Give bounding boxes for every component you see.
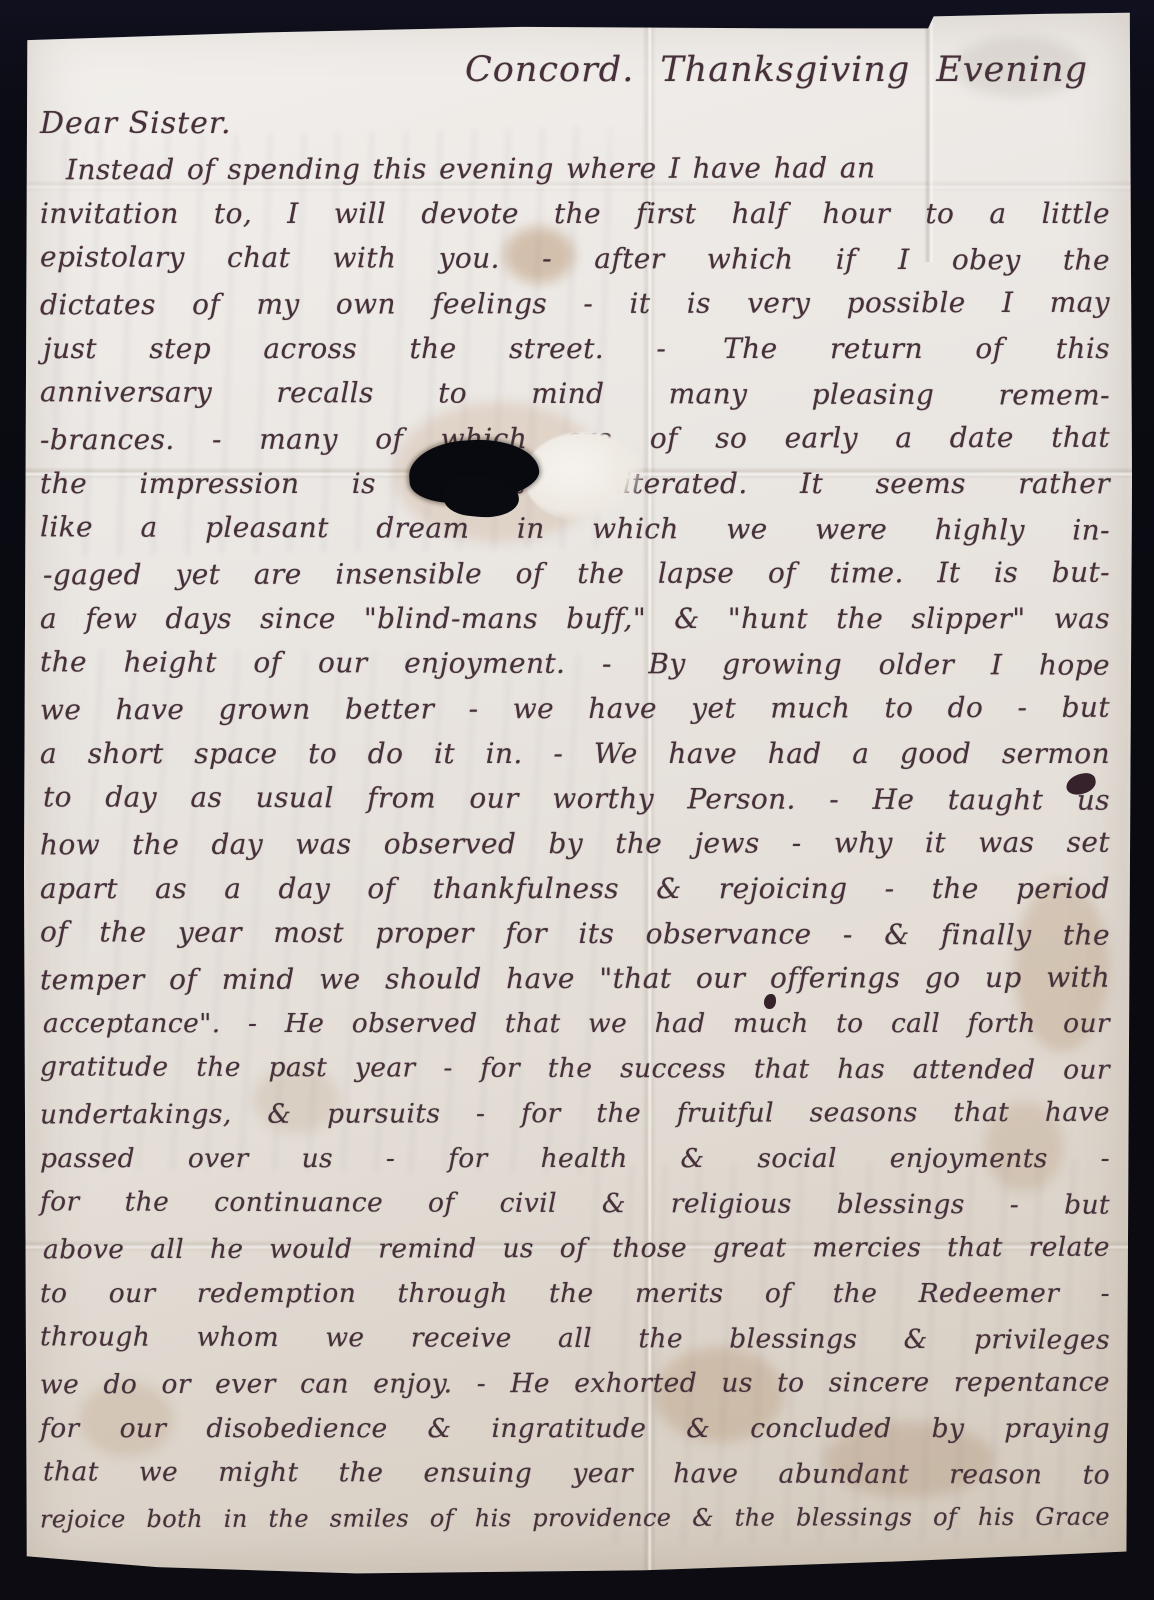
letter-line: rejoice both in the smiles of his provid… [40, 1495, 1116, 1543]
letter-line: the height of our enjoyment. - By growin… [40, 639, 1116, 687]
letter-line: we have grown better - we have yet much … [40, 685, 1116, 733]
letter-line: Instead of spending this evening where I… [40, 145, 1116, 193]
letter-line: dictates of my own feelings - it is very… [40, 280, 1116, 328]
letter-salutation: Dear Sister. [40, 102, 1116, 146]
letter-line: passed over us - for health & social enj… [40, 1136, 1116, 1181]
letter-line: for the continuance of civil & religious… [40, 1179, 1116, 1227]
letter-line: gratitude the past year - for the succes… [40, 1044, 1116, 1092]
letter-line: undertakings, & pursuits - for the fruit… [40, 1090, 1116, 1138]
letter-line: apart as a day of thankfulness & rejoici… [40, 866, 1116, 911]
letter-line: a few days since "blind-mans buff," & "h… [40, 596, 1116, 641]
letter-line: invitation to, I will devote the first h… [40, 191, 1116, 236]
letter-line: for our disobedience & ingratitude & con… [40, 1406, 1116, 1451]
letter-line: just step across the street. - The retur… [40, 326, 1116, 371]
letter-line: of the year most proper for its observan… [40, 909, 1116, 957]
letter-paper: Concord. Thanksgiving Evening Dear Siste… [24, 12, 1132, 1575]
letter-line: that we might the ensuing year have abun… [40, 1449, 1116, 1497]
letter-line: acceptance". - He observed that we had m… [40, 1001, 1116, 1046]
letter-line: anniversary recalls to mind many pleasin… [40, 369, 1116, 417]
letter-body: Instead of spending this evening where I… [40, 146, 1116, 1541]
letter-line: above all he would remind us of those gr… [40, 1225, 1116, 1273]
letter-line: to our redemption through the merits of … [40, 1271, 1116, 1316]
letter-line: epistolary chat with you. - after which … [40, 234, 1116, 282]
letter-dateline: Concord. Thanksgiving Evening [40, 38, 1116, 102]
torn-paper-flap [524, 432, 644, 522]
letter-line: through whom we receive all the blessing… [40, 1314, 1116, 1362]
letter-writing: Concord. Thanksgiving Evening Dear Siste… [40, 38, 1116, 1565]
letter-line: temper of mind we should have "that our … [40, 955, 1116, 1003]
letter-line: -gaged yet are insensible of the lapse o… [40, 550, 1116, 598]
letter-line: how the day was observed by the jews - w… [40, 820, 1116, 868]
letter-line: to day as usual from our worthy Person. … [40, 774, 1116, 822]
letter-line: a short space to do it in. - We have had… [40, 731, 1116, 776]
photo-background: Concord. Thanksgiving Evening Dear Siste… [0, 0, 1154, 1600]
letter-line: we do or ever can enjoy. - He exhorted u… [40, 1360, 1116, 1408]
